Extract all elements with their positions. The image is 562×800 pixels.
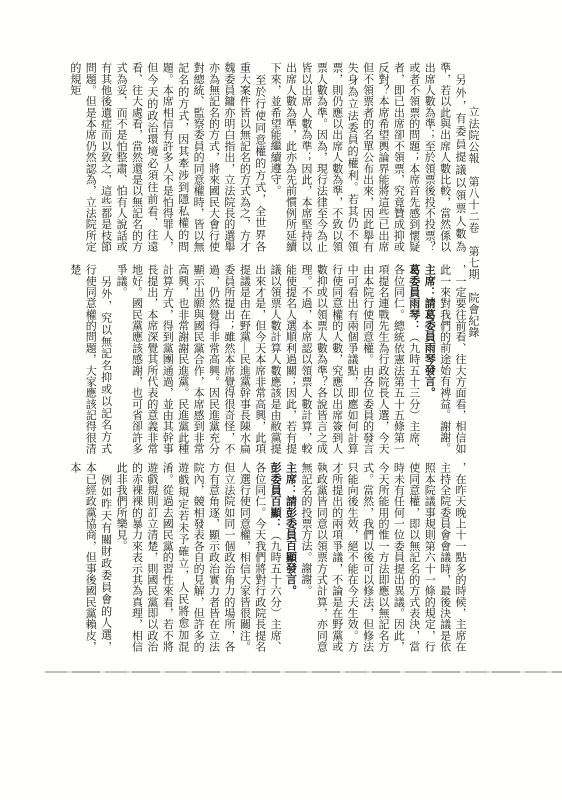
speech-paragraph: 葛委員雨琴：（九時五十三分）主席、各位同仁。總統依憲法第五十五條第一項提名連戰先… (113, 264, 421, 454)
section-heading: 主席：請彭委員百顯發言。 (282, 462, 297, 652)
paragraph: 另外，究以無記名抑或以記名方式行使同意權的問題，大家應該記得很清楚 (66, 264, 112, 454)
speaker-name: 葛委員雨琴： (408, 264, 420, 331)
page-fold-line (45, 671, 562, 673)
paragraph: ，一定要往前看、往大方面看，相信如此一來對我們的前途始有裨益。謝謝。 (436, 264, 467, 454)
paragraph: ，在昨天晚上十一點多的時候，主席在主持全院委員會會議時，最後決議是依照本院議事規… (298, 462, 467, 652)
paragraph: 至於行使同意權的方式，全世界各重大案件皆以無記名的方式為之，方才魏委員鏞亦明白指… (66, 62, 266, 252)
journal-header-vertical: 立法院公報 第八十二卷 第七期 院會紀錄 (465, 106, 481, 326)
section-heading: 主席：請葛委員雨琴發言。 (421, 264, 436, 454)
speech-paragraph: 彭委員百顯：（九時五十六分）主席、各位同仁。今天我們將對行政院長提名人選行使同意… (113, 462, 282, 652)
text-band-1: 另外，有委員提議以領票人數為準，若以此與出席人數比較，當然係以出席人數為準；至於… (82, 62, 467, 252)
text-band-2: ，一定要往前看、往大方面看，相信如此一來對我們的前途始有裨益。謝謝。主席：請葛委… (82, 264, 467, 454)
gazette-page: 立法院公報 第八十二卷 第七期 院會紀錄 另外，有委員提議以領票人數為準，若以此… (0, 0, 562, 800)
paragraph: 另外，有委員提議以領票人數為準，若以此與出席人數比較，當然係以出席人數為準；至於… (267, 62, 467, 252)
paragraph: 例如昨天有關財政委員會的人選，本已經政黨協商，但事後國民黨賴皮，本 (66, 462, 112, 652)
speaker-name: 彭委員百顯： (269, 462, 281, 529)
text-band-3: ，在昨天晚上十一點多的時候，主席在主持全院委員會會議時，最後決議是依照本院議事規… (82, 462, 467, 652)
